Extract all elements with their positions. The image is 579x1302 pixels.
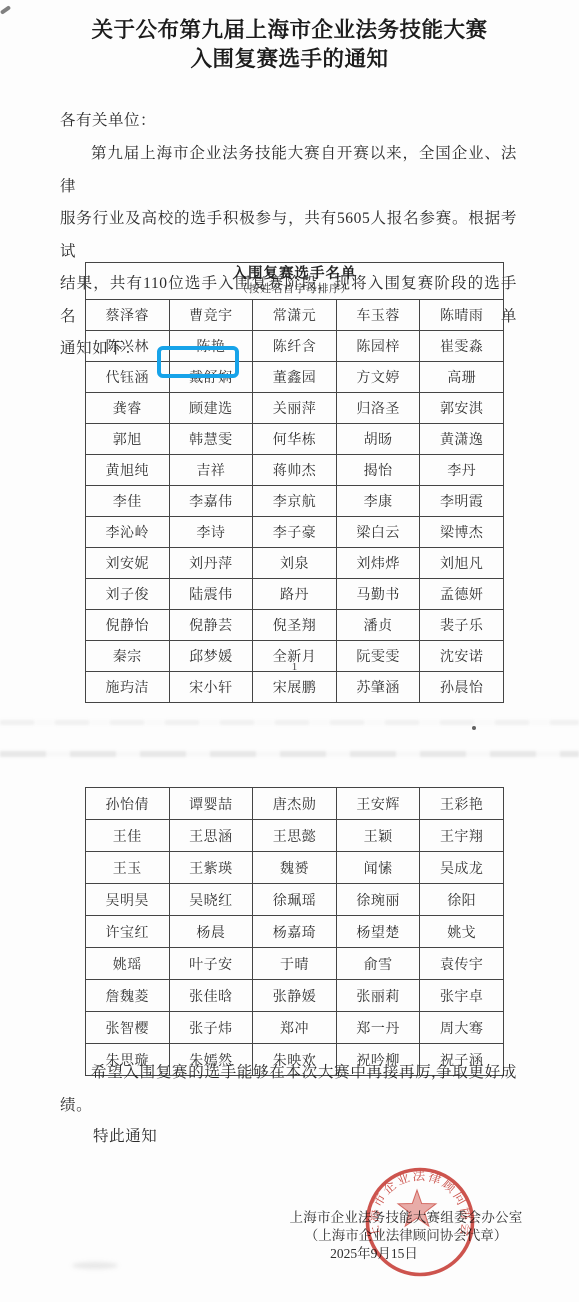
contestant-name-cell: 宋小轩 [169,672,253,703]
contestant-name-cell: 刘安妮 [86,548,170,579]
contestant-name-cell: 吉祥 [169,455,253,486]
table-row: 刘子俊陆震伟路丹马勤书孟德妍 [86,579,504,610]
table-row: 郭旭韩慧雯何华栋胡旸黄潇逸 [86,424,504,455]
roster-table-page2: 孙怡倩谭婴喆唐杰勋王安辉王彩艳王佳王思涵王思懿王颖王宇翔王玉王紫瑛魏赟闻愫吴成龙… [85,787,504,1076]
contestant-name-cell: 宋展鹏 [253,672,337,703]
highlight-annotation-box [157,346,239,378]
contestant-name-cell: 梁白云 [336,517,420,548]
contestant-name-cell: 杨晨 [169,916,253,948]
contestant-name-cell: 苏肇涵 [336,672,420,703]
corner-speck-artifact [0,5,11,15]
table-row: 代钰涵戴舒娴董鑫园方文婷高珊 [86,362,504,393]
table-row: 施玙洁宋小轩宋展鹏苏肇涵孙晨怡 [86,672,504,703]
contestant-name-cell: 孙晨怡 [420,672,504,703]
contestant-name-cell: 姚瑶 [86,948,170,980]
contestant-name-cell: 徐阳 [420,884,504,916]
contestant-name-cell: 裴子乐 [420,610,504,641]
contestant-name-cell: 李明霞 [420,486,504,517]
table-row: 蔡泽睿曹竞宇常潇元车玉蓉陈晴雨 [86,300,504,331]
contestant-name-cell: 郑一丹 [336,1012,420,1044]
contestant-name-cell: 施玙洁 [86,672,170,703]
contestant-name-cell: 崔雯淼 [420,331,504,362]
contestant-name-cell: 闻愫 [336,852,420,884]
contestant-name-cell: 魏赟 [253,852,337,884]
table-row: 刘安妮刘丹萍刘泉刘炜烨刘旭凡 [86,548,504,579]
contestant-name-cell: 倪静怡 [86,610,170,641]
smudge-artifact [72,1262,118,1269]
table-row: 倪静怡倪静芸倪圣翔潘贞裴子乐 [86,610,504,641]
contestant-name-cell: 黄潇逸 [420,424,504,455]
roster-subtitle: （按姓名首字母排序） [86,283,503,296]
contestant-name-cell: 张子炜 [169,1012,253,1044]
intro-line: 服务行业及高校的选手积极参与，共有5605人报名参赛。根据考试 [60,203,517,268]
contestant-name-cell: 张丽莉 [336,980,420,1012]
contestant-name-cell: 李丹 [420,455,504,486]
table-row: 孙怡倩谭婴喆唐杰勋王安辉王彩艳 [86,788,504,820]
contestant-name-cell: 刘丹萍 [169,548,253,579]
contestant-name-cell: 韩慧雯 [169,424,253,455]
contestant-name-cell: 关丽萍 [253,393,337,424]
contestant-name-cell: 刘泉 [253,548,337,579]
roster-table-header: 入围复赛选手名单 （按姓名首字母排序） [86,263,504,300]
contestant-name-cell: 蔡泽睿 [86,300,170,331]
document-title: 关于公布第九届上海市企业法务技能大赛 入围复赛选手的通知 [0,16,579,74]
contestant-name-cell: 车玉蓉 [336,300,420,331]
roster-title: 入围复赛选手名单 [86,266,503,283]
table-row: 姚瑶叶子安于晴俞雪袁传宇 [86,948,504,980]
contestant-name-cell: 李佳 [86,486,170,517]
notice-line: 特此通知 [93,1124,157,1146]
contestant-name-cell: 董鑫园 [253,362,337,393]
contestant-name-cell: 张智樱 [86,1012,170,1044]
salutation: 各有关单位： [60,108,156,130]
contestant-name-cell: 詹魏菱 [86,980,170,1012]
contestant-name-cell: 王紫瑛 [169,852,253,884]
contestant-name-cell: 谭婴喆 [169,788,253,820]
contestant-name-cell: 徐琬丽 [336,884,420,916]
document-title-line2: 入围复赛选手的通知 [0,45,579,74]
contestant-name-cell: 龚睿 [86,393,170,424]
table-row: 吴明昊吴晓红徐珮瑶徐琬丽徐阳 [86,884,504,916]
table-header-row: 入围复赛选手名单 （按姓名首字母排序） [86,263,504,300]
contestant-name-cell: 倪静芸 [169,610,253,641]
contestant-name-cell: 陆震伟 [169,579,253,610]
table-row: 李佳李嘉伟李京航李康李明霞 [86,486,504,517]
contestant-name-cell: 徐珮瑶 [253,884,337,916]
scanned-notice-document: 关于公布第九届上海市企业法务技能大赛 入围复赛选手的通知 各有关单位： 第九届上… [0,0,579,1302]
table-row: 陈兴林陈艳陈纤含陈园梓崔雯淼 [86,331,504,362]
contestant-name-cell: 吴成龙 [420,852,504,884]
contestant-name-cell: 曹竞宇 [169,300,253,331]
contestant-name-cell: 归洛圣 [336,393,420,424]
closing-line: 绩。 [60,1090,517,1123]
closing-line: 希望入围复赛的选手能够在本次大赛中再接再厉,争取更好成 [60,1057,517,1090]
contestant-name-cell: 孟德妍 [420,579,504,610]
contestant-name-cell: 李京航 [253,486,337,517]
contestant-name-cell: 何华栋 [253,424,337,455]
contestant-name-cell: 潘贞 [336,610,420,641]
contestant-name-cell: 郭旭 [86,424,170,455]
table-row: 许宝红杨晨杨嘉琦杨望楚姚戈 [86,916,504,948]
contestant-name-cell: 孙怡倩 [86,788,170,820]
contestant-name-cell: 王安辉 [336,788,420,820]
contestant-name-cell: 顾建选 [169,393,253,424]
document-title-line1: 关于公布第九届上海市企业法务技能大赛 [0,16,579,45]
contestant-name-cell: 张宇卓 [420,980,504,1012]
contestant-name-cell: 于晴 [253,948,337,980]
contestant-name-cell: 方文婷 [336,362,420,393]
contestant-name-cell: 黄旭纯 [86,455,170,486]
contestant-name-cell: 郑冲 [253,1012,337,1044]
contestant-name-cell: 王思涵 [169,820,253,852]
contestant-name-cell: 常潇元 [253,300,337,331]
contestant-name-cell: 张佳晗 [169,980,253,1012]
table-row: 李沁岭李诗李子豪梁白云梁博杰 [86,517,504,548]
contestant-name-cell: 王佳 [86,820,170,852]
contestant-name-cell: 胡旸 [336,424,420,455]
contestant-name-cell: 刘旭凡 [420,548,504,579]
contestant-name-cell: 杨望楚 [336,916,420,948]
contestant-name-cell: 马勤书 [336,579,420,610]
contestant-name-cell: 陈晴雨 [420,300,504,331]
contestant-name-cell: 袁传宇 [420,948,504,980]
contestant-name-cell: 刘子俊 [86,579,170,610]
contestant-name-cell: 吴晓红 [169,884,253,916]
contestant-name-cell: 倪圣翔 [253,610,337,641]
contestant-name-cell: 蒋帅杰 [253,455,337,486]
scan-seam-artifact [0,751,579,757]
contestant-name-cell: 王宇翔 [420,820,504,852]
contestant-name-cell: 周大骞 [420,1012,504,1044]
contestant-name-cell: 王颖 [336,820,420,852]
contestant-name-cell: 姚戈 [420,916,504,948]
contestant-name-cell: 郭安淇 [420,393,504,424]
contestant-name-cell: 李诗 [169,517,253,548]
contestant-name-cell: 许宝红 [86,916,170,948]
contestant-name-cell: 张静媛 [253,980,337,1012]
contestant-name-cell: 王玉 [86,852,170,884]
contestant-name-cell: 李沁岭 [86,517,170,548]
official-seal-stamp: 上海市企业法律顾问协会 [355,1157,485,1287]
table-row: 龚睿顾建选关丽萍归洛圣郭安淇 [86,393,504,424]
contestant-name-cell: 路丹 [253,579,337,610]
contestant-name-cell: 杨嘉琦 [253,916,337,948]
contestant-name-cell: 李子豪 [253,517,337,548]
roster-table-page1: 入围复赛选手名单 （按姓名首字母排序） 蔡泽睿曹竞宇常潇元车玉蓉陈晴雨陈兴林陈艳… [85,262,504,703]
contestant-name-cell: 王思懿 [253,820,337,852]
seal-star-icon [398,1190,436,1226]
table-row: 黄旭纯吉祥蒋帅杰揭怡李丹 [86,455,504,486]
page-number: 1 [85,661,504,673]
contestant-name-cell: 李嘉伟 [169,486,253,517]
closing-paragraph: 希望入围复赛的选手能够在本次大赛中再接再厉,争取更好成 绩。 [60,1057,517,1122]
table-row: 张智樱张子炜郑冲郑一丹周大骞 [86,1012,504,1044]
contestant-name-cell: 王彩艳 [420,788,504,820]
contestant-name-cell: 叶子安 [169,948,253,980]
contestant-name-cell: 吴明昊 [86,884,170,916]
contestant-name-cell: 李康 [336,486,420,517]
contestant-name-cell: 唐杰勋 [253,788,337,820]
contestant-name-cell: 俞雪 [336,948,420,980]
contestant-name-cell: 陈园梓 [336,331,420,362]
contestant-name-cell: 刘炜烨 [336,548,420,579]
seal-svg: 上海市企业法律顾问协会 [355,1157,485,1287]
scan-seam-artifact [0,720,579,725]
table-header-cell: 入围复赛选手名单 （按姓名首字母排序） [86,263,504,300]
contestant-name-cell: 陈纤含 [253,331,337,362]
contestant-name-cell: 梁博杰 [420,517,504,548]
table-row: 詹魏菱张佳晗张静媛张丽莉张宇卓 [86,980,504,1012]
contestant-name-cell: 揭怡 [336,455,420,486]
table-row: 王玉王紫瑛魏赟闻愫吴成龙 [86,852,504,884]
table-row: 王佳王思涵王思懿王颖王宇翔 [86,820,504,852]
intro-line: 第九届上海市企业法务技能大赛自开赛以来，全国企业、法律 [60,138,517,203]
contestant-name-cell: 高珊 [420,362,504,393]
ink-dot-artifact [472,726,476,730]
